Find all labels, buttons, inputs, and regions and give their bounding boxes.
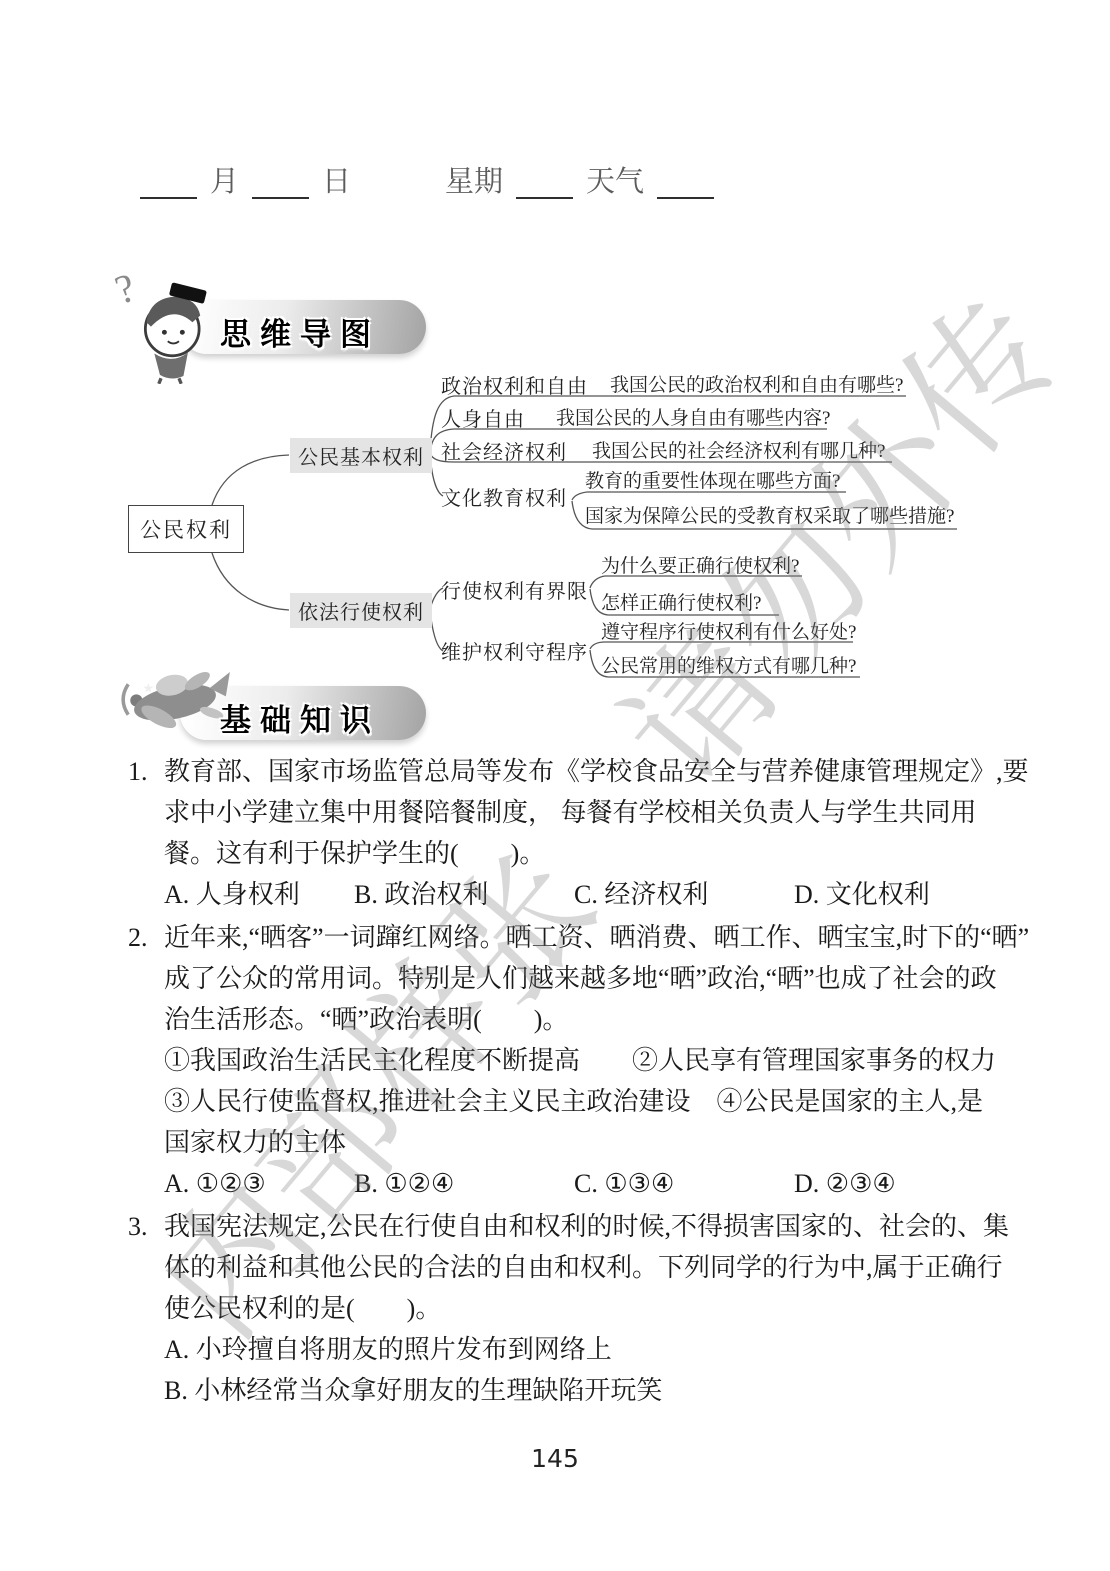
question-number: 2.: [128, 917, 164, 1204]
svg-text:?: ?: [114, 266, 141, 313]
mindmap-question: 教育的重要性体现在哪些方面?: [585, 466, 840, 493]
option-a: A. ①②③: [164, 1163, 354, 1204]
workbook-page: 月 日 星期 天气 ? 思维导图: [0, 0, 1110, 1571]
option-b: B. 政治权利: [354, 874, 574, 915]
weather-label: 天气: [586, 163, 644, 199]
question-body: 近年来,“晒客”一词蹿红网络。晒工资、晒消费、晒工作、晒宝宝,时下的“晒” 成了…: [164, 917, 994, 1204]
answer-options-row: A. 人身权利 B. 政治权利 C. 经济权利 D. 文化权利: [164, 874, 994, 915]
option-a: A. 小玲擅自将朋友的照片发布到网络上: [164, 1329, 994, 1370]
mindmap-root-node: 公民权利: [128, 505, 244, 553]
day-blank: [252, 163, 309, 199]
question-3: 3. 我国宪法规定,公民在行使自由和权利的时候,不得损害国家的、社会的、集 体的…: [128, 1206, 994, 1411]
question-number: 1.: [128, 751, 164, 915]
statement-line: ①我国政治生活民主化程度不断提高 ②人民享有管理国家事务的权力: [164, 1040, 994, 1081]
option-c: C. 经济权利: [574, 874, 794, 915]
mindmap-question: 怎样正确行使权利?: [601, 588, 761, 615]
month-blank: [140, 163, 197, 199]
month-label: 月: [210, 163, 239, 199]
mindmap-question: 为什么要正确行使权利?: [601, 551, 799, 578]
option-b: B. ①②④: [354, 1163, 574, 1204]
basics-section-badge: ★ 基础知识: [118, 662, 438, 762]
weather-blank: [657, 163, 714, 199]
week-label: 星期: [445, 163, 503, 199]
mindmap-question: 我国公民的政治权利和自由有哪些?: [610, 370, 903, 397]
option-b: B. 小林经常当众拿好朋友的生理缺陷开玩笑: [164, 1370, 994, 1411]
week-blank: [516, 163, 573, 199]
mindmap-question: 我国公民的社会经济权利有哪几种?: [592, 436, 885, 463]
question-text-line: 求中小学建立集中用餐陪餐制度， 每餐有学校相关负责人与学生共同用: [164, 792, 994, 833]
question-2: 2. 近年来,“晒客”一词蹿红网络。晒工资、晒消费、晒工作、晒宝宝,时下的“晒”…: [128, 917, 994, 1204]
option-d: D. 文化权利: [794, 874, 994, 915]
option-d: D. ②③④: [794, 1163, 994, 1204]
question-text-line: 使公民权利的是( )。: [164, 1288, 994, 1329]
question-1: 1. 教育部、国家市场监管总局等发布《学校食品安全与营养健康管理规定》,要 求中…: [128, 751, 994, 915]
question-number: 3.: [128, 1206, 164, 1411]
mindmap-subtopic-personal-freedom: 人身自由: [441, 403, 525, 432]
svg-text:★: ★: [142, 680, 154, 695]
question-text-line: 餐。这有利于保护学生的( )。: [164, 833, 994, 874]
mindmap-subtopic-cultural-education-rights: 文化教育权利: [441, 482, 567, 511]
statement-line: 国家权力的主体: [164, 1122, 994, 1163]
day-label: 日: [322, 163, 351, 199]
page-number: 145: [0, 1444, 1110, 1473]
mindmap-branch-basic-rights: 公民基本权利: [290, 438, 432, 473]
statement-line: ③人民行使监督权,推进社会主义民主政治建设 ④公民是国家的主人,是: [164, 1081, 994, 1122]
mindmap-question: 公民常用的维权方式有哪几种?: [601, 651, 856, 678]
question-text-line: 我国宪法规定,公民在行使自由和权利的时候,不得损害国家的、社会的、集: [164, 1206, 994, 1247]
question-body: 教育部、国家市场监管总局等发布《学校食品安全与营养健康管理规定》,要 求中小学建…: [164, 751, 994, 915]
mindmap-section-title: 思维导图: [220, 309, 380, 354]
mindmap-question: 我国公民的人身自由有哪些内容?: [556, 403, 830, 430]
question-body: 我国宪法规定,公民在行使自由和权利的时候,不得损害国家的、社会的、集 体的利益和…: [164, 1206, 994, 1411]
mindmap-question: 遵守程序行使权利有什么好处?: [601, 617, 856, 644]
mindmap-subtopic-rights-procedure: 维护权利守程序: [441, 636, 588, 665]
mindmap-question: 国家为保障公民的受教育权采取了哪些措施?: [585, 501, 954, 528]
question-text-line: 成了公众的常用词。特别是人们越来越多地“晒”政治,“晒”也成了社会的政: [164, 958, 994, 999]
mindmap-subtopic-socioeconomic-rights: 社会经济权利: [441, 436, 567, 465]
option-c: C. ①③④: [574, 1163, 794, 1204]
answer-options-row: A. ①②③ B. ①②④ C. ①③④ D. ②③④: [164, 1163, 994, 1204]
option-a: A. 人身权利: [164, 874, 354, 915]
question-text-line: 治生活形态。“晒”政治表明( )。: [164, 999, 994, 1040]
questions-section: 1. 教育部、国家市场监管总局等发布《学校食品安全与营养健康管理规定》,要 求中…: [128, 751, 994, 1413]
airplane-icon: ★: [114, 652, 236, 752]
question-text-line: 教育部、国家市场监管总局等发布《学校食品安全与营养健康管理规定》,要: [164, 751, 994, 792]
question-text-line: 体的利益和其他公民的合法的自由和权利。下列同学的行为中,属于正确行: [164, 1247, 994, 1288]
mindmap-subtopic-political-rights: 政治权利和自由: [441, 370, 588, 399]
question-text-line: 近年来,“晒客”一词蹿红网络。晒工资、晒消费、晒工作、晒宝宝,时下的“晒”: [164, 917, 994, 958]
mindmap-branch-exercise-rights: 依法行使权利: [290, 593, 432, 628]
mindmap-subtopic-rights-boundary: 行使权利有界限: [441, 575, 588, 604]
date-header: 月 日 星期 天气: [133, 163, 721, 199]
basics-section-title: 基础知识: [220, 695, 380, 740]
